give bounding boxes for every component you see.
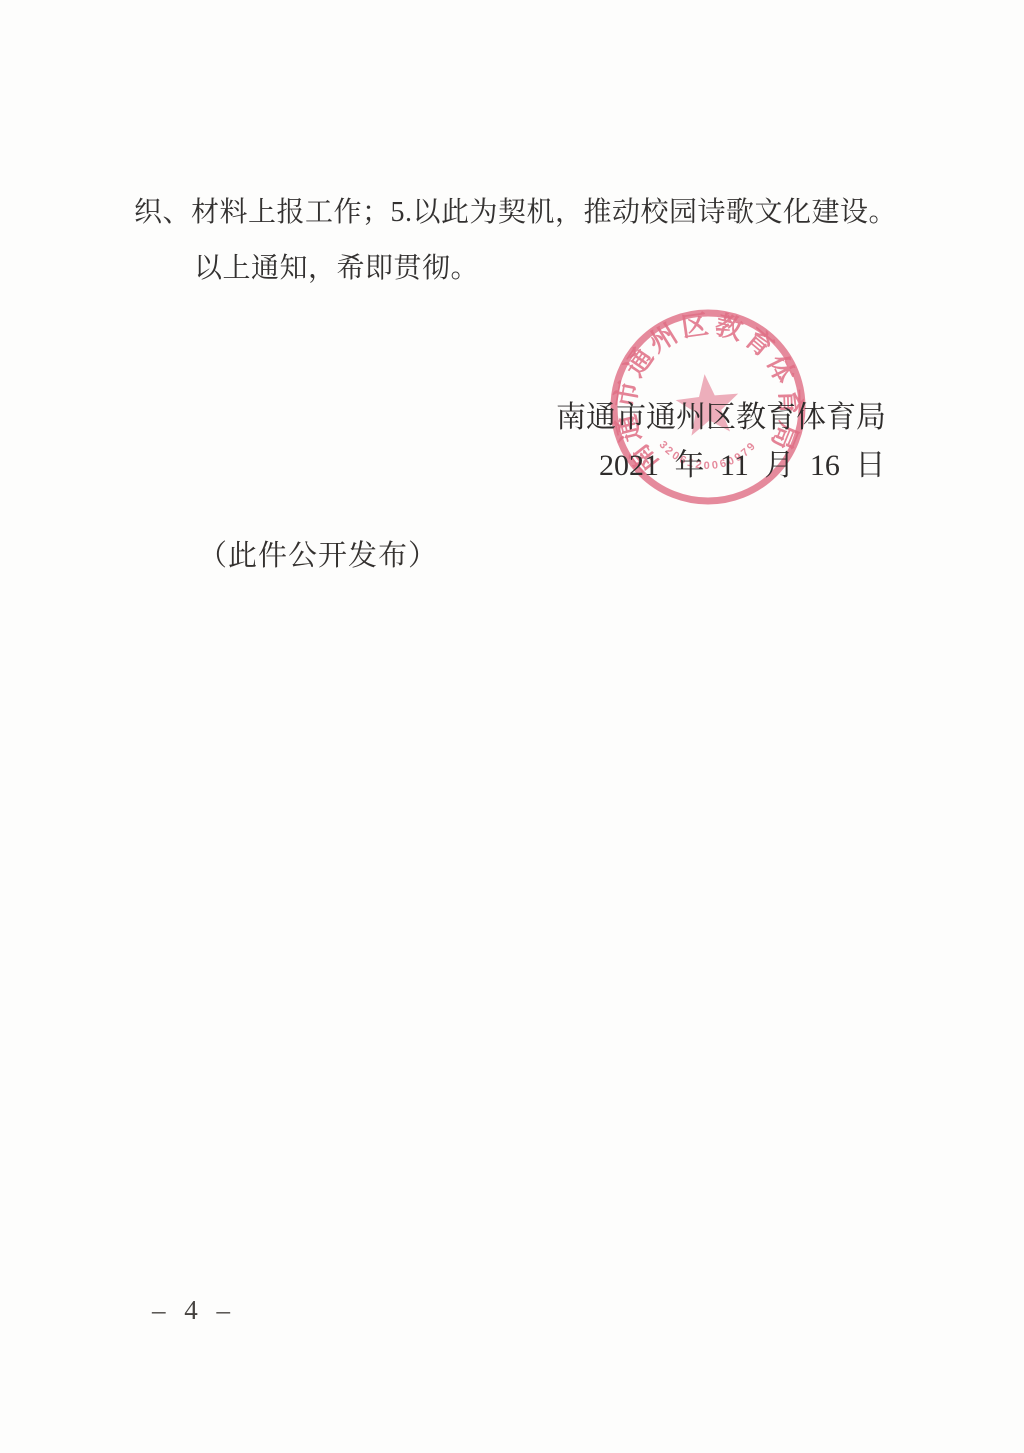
issue-date: 2021 年 11 月 16 日: [599, 440, 885, 484]
document-page: 织、材料上报工作；5.以此为契机，推动校园诗歌文化建设。 以上通知，希即贯彻。 …: [0, 0, 1024, 1453]
publish-note: （此件公开发布）: [198, 533, 438, 574]
body-closing-line: 以上通知，希即贯彻。: [194, 246, 479, 286]
body-paragraph-continuation: 织、材料上报工作；5.以此为契机，推动校园诗歌文化建设。: [134, 190, 897, 230]
issuer-name: 南通市通州区教育体育局: [556, 392, 886, 436]
page-number: – 4 –: [152, 1295, 236, 1326]
